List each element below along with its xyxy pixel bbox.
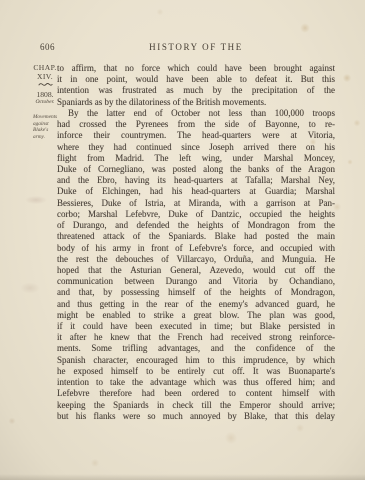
text-line: Bessieres, Duke of Istria, at Miranda, w… bbox=[57, 198, 335, 209]
running-header: HISTORY OF THE bbox=[57, 42, 335, 52]
text-line: hoped that the Asturian General, Azevedo… bbox=[57, 265, 335, 276]
text-line: Duke of Cornegliano, was posted along th… bbox=[57, 164, 335, 175]
margin-column: CHAP. XIV. 1808. October. Movements agai… bbox=[31, 63, 59, 140]
text-line: body of his army in front of Lefebvre's … bbox=[57, 243, 335, 254]
text-line: of Durango, and defended the heights of … bbox=[57, 220, 335, 231]
text-line: if it could have been executed in time; … bbox=[57, 321, 335, 332]
chapter-number: XIV. bbox=[31, 72, 59, 81]
margin-side-note: Movements against Blake's army. bbox=[31, 114, 59, 140]
text-line: inforce their countrymen. The head-quart… bbox=[57, 130, 335, 141]
text-line: By the latter end of October not less th… bbox=[57, 108, 335, 119]
text-line: it after he knew that the French had rec… bbox=[57, 332, 335, 343]
text-line: to affirm, that no force which could hav… bbox=[57, 63, 335, 74]
text-line: intention was frustrated as much by the … bbox=[57, 85, 335, 96]
margin-year: 1808. bbox=[31, 90, 59, 99]
text-line: Lefebvre therefore had been ordered to c… bbox=[57, 388, 335, 399]
text-line: Spaniards as by the dilatoriness of the … bbox=[57, 97, 335, 108]
text-line: keeping the Spaniards in check till the … bbox=[57, 400, 335, 411]
text-line: it in one point, would have been able to… bbox=[57, 74, 335, 85]
text-line: communication between Durango and Vitori… bbox=[57, 276, 335, 287]
text-line: where they had continued since Joseph ar… bbox=[57, 142, 335, 153]
text-line: had crossed the Pyrenees from the side o… bbox=[57, 119, 335, 130]
text-line: might be enabled to strike a great blow.… bbox=[57, 310, 335, 321]
text-line: Duke of Elchingen, had his head-quarters… bbox=[57, 186, 335, 197]
scanned-page: 606 HISTORY OF THE CHAP. XIV. 1808. Octo… bbox=[0, 0, 365, 480]
text-line: he exposed himself to be entirely cut of… bbox=[57, 366, 335, 377]
margin-month: October. bbox=[31, 99, 59, 106]
text-line: ments. Some trifling advantages, and the… bbox=[57, 343, 335, 354]
text-line: intention to take the advantage which wa… bbox=[57, 377, 335, 388]
text-line: and thus getting in the rear of the enem… bbox=[57, 299, 335, 310]
text-line: threatened attack of the Spaniards. Blak… bbox=[57, 231, 335, 242]
text-line: the rest the debouches of Villarcayo, Or… bbox=[57, 254, 335, 265]
page-number: 606 bbox=[40, 42, 55, 52]
body-text: to affirm, that no force which could hav… bbox=[57, 63, 335, 422]
text-line: and that, by possessing himself of the h… bbox=[57, 287, 335, 298]
text-line: and the Ebro, having its head-quarters a… bbox=[57, 175, 335, 186]
text-line: Spanish character, encouraged him to thi… bbox=[57, 355, 335, 366]
chapter-label: CHAP. bbox=[31, 63, 59, 72]
text-line: flight from Madrid. The left wing, under… bbox=[57, 153, 335, 164]
flourish-rule-icon bbox=[38, 82, 53, 87]
text-line: but his flanks were so much annoyed by B… bbox=[57, 411, 335, 422]
text-line: corbo; Marshal Lefebvre, Duke of Dantzic… bbox=[57, 209, 335, 220]
